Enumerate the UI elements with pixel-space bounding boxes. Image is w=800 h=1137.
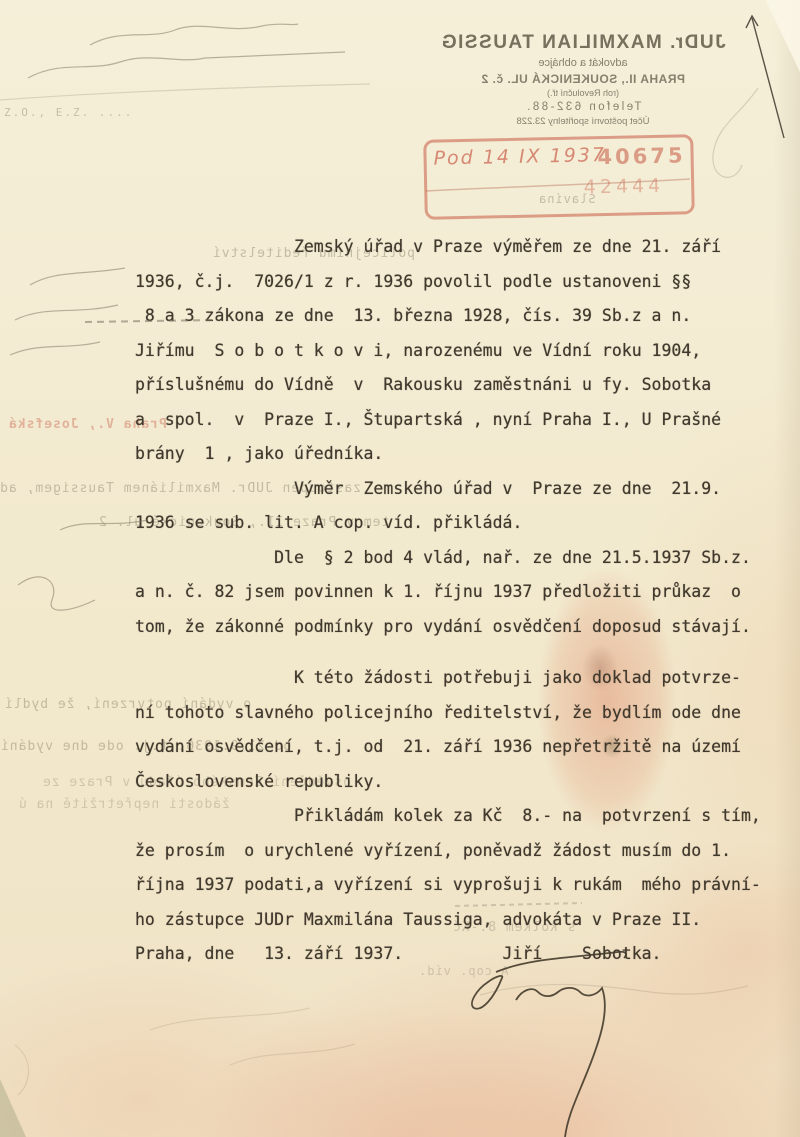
pencil-corner-note: Z.O., E.Z. .... [4, 106, 133, 119]
typewritten-line: brány 1 , jako úředníka. [135, 437, 761, 472]
typewritten-line: 1936 se sub. lit. A cop. víd. přikládá. [135, 506, 761, 541]
bleedthrough-fragment: Slavína [538, 192, 596, 206]
letterhead-name: JUDr. MAXMILIAN TAUSSIG [428, 32, 738, 54]
document-page: JUDr. MAXMILIAN TAUSSIG advokát a obhájc… [0, 0, 800, 1137]
page-corner-bottom-left [0, 1079, 26, 1137]
typewritten-line: a n. č. 82 jsem povinnen k 1. říjnu 1937… [135, 575, 761, 610]
typewritten-line: 1936, č.j. 7026/1 z r. 1936 povolil podl… [135, 265, 761, 300]
typewritten-line: října 1937 podati,a vyřízení si vyprošuj… [135, 868, 761, 903]
letterhead-address-note: (roh Revoluční tř.) [428, 88, 738, 98]
paragraph: Zemský úřad v Praze výměřem ze dne 21. z… [135, 230, 761, 472]
paragraph: Přikládám kolek za Kč 8.- na potvrzení s… [135, 799, 761, 937]
typewritten-line: a spol. v Praze I., Štupartská , nyní Pr… [135, 403, 761, 438]
typewritten-line: vydání osvědčení, t.j. od 21. září 1936 … [135, 730, 761, 765]
letterhead-account: Účet poštovní spořitelny 23.228 [428, 116, 738, 127]
typewritten-line: že prosím o urychlené vyřízení, poněvadž… [135, 834, 761, 869]
typewritten-line: příslušnému do Vídně v Rakousku zaměstná… [135, 368, 761, 403]
typewritten-line: ho zástupce JUDr Maxmilána Taussiga, adv… [135, 903, 761, 938]
typewritten-line: tom, že zákonné podmínky pro vydání osvě… [135, 610, 761, 645]
body-text: Zemský úřad v Praze výměřem ze dne 21. z… [135, 230, 761, 972]
typewritten-line: Dle § 2 bod 4 vlád, nař. ze dne 21.5.193… [135, 541, 761, 576]
letterhead-role: advokát a obhájce [428, 57, 738, 69]
crease-pen-line [746, 16, 784, 138]
stamp-number-bottom: 42444 [584, 175, 665, 199]
paragraph: Výměr Zemského úřad v Praze ze dne 21.9.… [135, 472, 761, 541]
typewritten-line: Přikládám kolek za Kč 8.- na potvrzení s… [135, 799, 761, 834]
typewritten-line: Praha, dne 13. září 1937. Jiří Sobotka. [135, 937, 761, 972]
letterhead-mirrored: JUDr. MAXMILIAN TAUSSIG advokát a obhájc… [428, 32, 738, 127]
paragraph: Dle § 2 bod 4 vlád, nař. ze dne 21.5.193… [135, 541, 761, 645]
page-corner-top-right [758, 0, 800, 72]
letterhead-address: PRAHA II., SOUKENICKÁ UL. č. 2 [428, 72, 738, 86]
typewritten-line: K této žádosti potřebuji jako doklad pot… [135, 661, 761, 696]
typewritten-line: Československé republiky. [135, 765, 761, 800]
typewritten-line: Výměr Zemského úřad v Praze ze dne 21.9. [135, 472, 761, 507]
paragraph: Praha, dne 13. září 1937. Jiří Sobotka. [135, 937, 761, 972]
letterhead-phone: Telefon 632-88. [428, 101, 738, 113]
typewritten-line: Jiřímu S o b o t k o v i, narozenému ve … [135, 334, 761, 369]
stamp-number-top: 40675 [597, 143, 686, 169]
typewritten-line: 8 a 3 zákona ze dne 13. března 1928, čís… [135, 299, 761, 334]
stamp-date: Pod 14 IX 1937 [433, 144, 606, 170]
typewritten-line: Zemský úřad v Praze výměřem ze dne 21. z… [135, 230, 761, 265]
paragraph: K této žádosti potřebuji jako doklad pot… [135, 661, 761, 799]
typewritten-line: ní tohoto slavného policejního ředitelst… [135, 696, 761, 731]
filing-stamp: Pod 14 IX 1937 40675 42444 [423, 134, 695, 220]
